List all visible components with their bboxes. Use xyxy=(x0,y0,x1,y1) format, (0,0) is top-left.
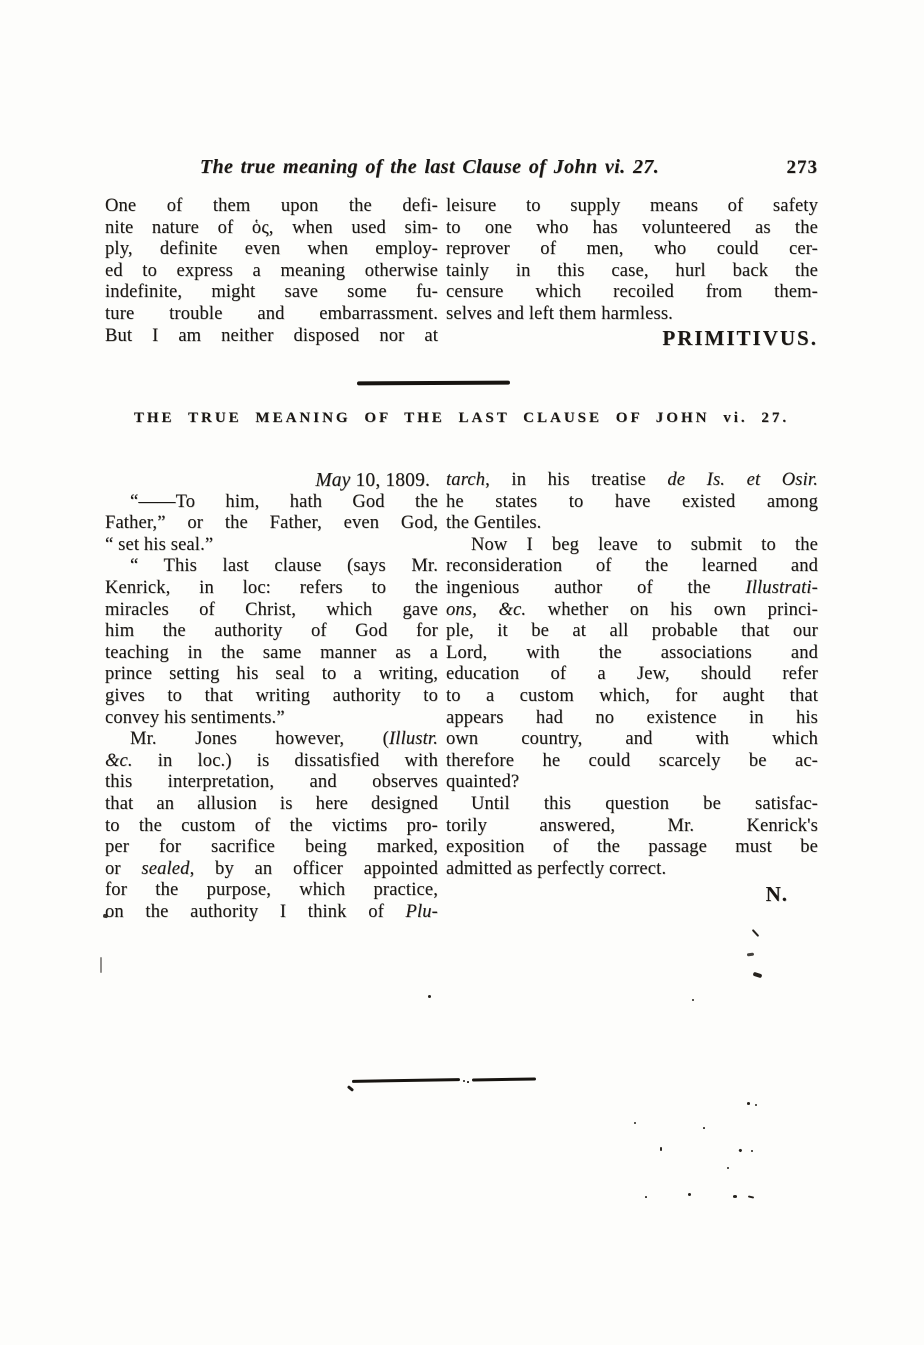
text-line: ingenious author of the Illustrati- xyxy=(446,578,818,600)
text-line: indefinite, might save some fu- xyxy=(105,282,438,304)
end-divider-rule-right xyxy=(472,1077,536,1081)
text-line: to the custom of the victims pro- xyxy=(105,816,438,838)
running-header-title: The true meaning of the last Clause of J… xyxy=(105,156,754,179)
page-number: 273 xyxy=(754,157,818,179)
text-line: “ set his seal.” xyxy=(105,535,438,557)
scan-speck xyxy=(727,1167,729,1169)
text-line: leisure to supply means of safety xyxy=(446,196,818,218)
section-divider-rule xyxy=(357,381,510,385)
article-main: May 10, 1809.“——To him, hath God theFath… xyxy=(105,470,818,923)
text-line: But I am neither disposed nor at xyxy=(105,326,438,348)
article-main-left-column: May 10, 1809.“——To him, hath God theFath… xyxy=(105,470,438,923)
scan-speck xyxy=(739,1148,743,1152)
text-line: or sealed, by an officer appointed xyxy=(105,859,438,881)
text-line: Mr. Jones however, (Illustr. xyxy=(105,729,438,751)
text-line: quainted? xyxy=(446,772,818,794)
text-line: for the purpose, which practice, xyxy=(105,880,438,902)
scan-speck xyxy=(747,1102,750,1105)
scan-speck xyxy=(428,995,431,998)
end-divider-dot xyxy=(467,1081,469,1083)
scan-speck xyxy=(747,953,754,957)
text-line: torily answered, Mr. Kenrick's xyxy=(446,816,818,838)
text-line: that an allusion is here designed xyxy=(105,794,438,816)
text-line: teaching in the same manner as a xyxy=(105,643,438,665)
text-line: reconsideration of the learned and xyxy=(446,556,818,578)
scan-speck xyxy=(733,1195,737,1198)
text-line: him the authority of God for xyxy=(105,621,438,643)
text-line: appears had no existence in his xyxy=(446,708,818,730)
text-line: Until this question be satisfac- xyxy=(446,794,818,816)
text-line: to one who has volunteered as the xyxy=(446,218,818,240)
text-line: miracles of Christ, which gave xyxy=(105,600,438,622)
text-line: convey his sentiments.” xyxy=(105,708,438,730)
text-line: the Gentiles. xyxy=(446,513,818,535)
text-line: reprover of men, who could cer- xyxy=(446,239,818,261)
text-line: prince setting his seal to a writing, xyxy=(105,664,438,686)
text-line: education of a Jew, should refer xyxy=(446,664,818,686)
text-line: Kenrick, in loc: refers to the xyxy=(105,578,438,600)
article-top: One of them upon the defi-nite nature of… xyxy=(105,196,818,349)
text-line: ed to express a meaning otherwise xyxy=(105,261,438,283)
text-line: “ This last clause (says Mr. xyxy=(105,556,438,578)
text-line: ply, definite even when employ- xyxy=(105,239,438,261)
text-line: Lord, with the associations and xyxy=(446,643,818,665)
scan-speck xyxy=(753,972,763,979)
text-line: tarch, in his treatise de Is. et Osir. xyxy=(446,470,818,492)
scanned-page: The true meaning of the last Clause of J… xyxy=(0,0,924,1345)
text-line: Now I beg leave to submit to the xyxy=(446,535,818,557)
text-line: ons, &c. whether on his own princi- xyxy=(446,600,818,622)
text-line: One of them upon the defi- xyxy=(105,196,438,218)
text-line: nite nature of ὁς, when used sim- xyxy=(105,218,438,240)
article-top-right-column: leisure to supply means of safetyto one … xyxy=(446,196,818,349)
scan-speck xyxy=(688,1193,691,1196)
scan-speck xyxy=(634,1122,636,1124)
text-line: &c. in loc.) is dissatisfied with xyxy=(105,751,438,773)
text-line: this interpretation, and observes xyxy=(105,772,438,794)
scan-speck xyxy=(692,999,694,1001)
signature-n: N. xyxy=(446,884,818,906)
scan-speck xyxy=(703,1127,705,1129)
text-line: selves and left them harmless. xyxy=(446,304,818,326)
dateline: May 10, 1809. xyxy=(105,470,438,492)
text-line: therefore he could scarcely be ac- xyxy=(446,751,818,773)
text-line: on the authority I think of Plu- xyxy=(105,902,438,924)
end-divider-tail-mark xyxy=(347,1085,354,1092)
scan-speck xyxy=(660,1147,662,1151)
scan-speck xyxy=(748,1195,754,1198)
article-top-left-column: One of them upon the defi-nite nature of… xyxy=(105,196,438,349)
section-heading: THE TRUE MEANING OF THE LAST CLAUSE OF J… xyxy=(105,410,818,427)
text-line: censure which recoiled from them- xyxy=(446,282,818,304)
scan-speck xyxy=(100,957,102,973)
scan-speck xyxy=(752,929,760,937)
text-line: ple, it be at all probable that our xyxy=(446,621,818,643)
text-line: tainly in this case, hurl back the xyxy=(446,261,818,283)
text-line: per for sacrifice being marked, xyxy=(105,837,438,859)
end-divider-rule-left xyxy=(352,1078,460,1083)
text-line: admitted as perfectly correct. xyxy=(446,859,818,881)
text-line: ture trouble and embarrassment. xyxy=(105,304,438,326)
article-main-right-column: tarch, in his treatise de Is. et Osir.he… xyxy=(446,470,818,923)
end-divider-dot xyxy=(463,1080,465,1082)
text-line: exposition of the passage must be xyxy=(446,837,818,859)
running-header: The true meaning of the last Clause of J… xyxy=(105,156,818,179)
scan-speck xyxy=(645,1196,647,1198)
signature-primitivus: PRIMITIVUS. xyxy=(446,328,818,350)
text-line: “——To him, hath God the xyxy=(105,492,438,514)
text-line: he states to have existed among xyxy=(446,492,818,514)
text-line: gives to that writing authority to xyxy=(105,686,438,708)
text-line: own country, and with which xyxy=(446,729,818,751)
text-line: to a custom which, for aught that xyxy=(446,686,818,708)
scan-speck xyxy=(755,1104,757,1106)
text-line: Father,” or the Father, even God, xyxy=(105,513,438,535)
scan-speck xyxy=(751,1150,753,1152)
